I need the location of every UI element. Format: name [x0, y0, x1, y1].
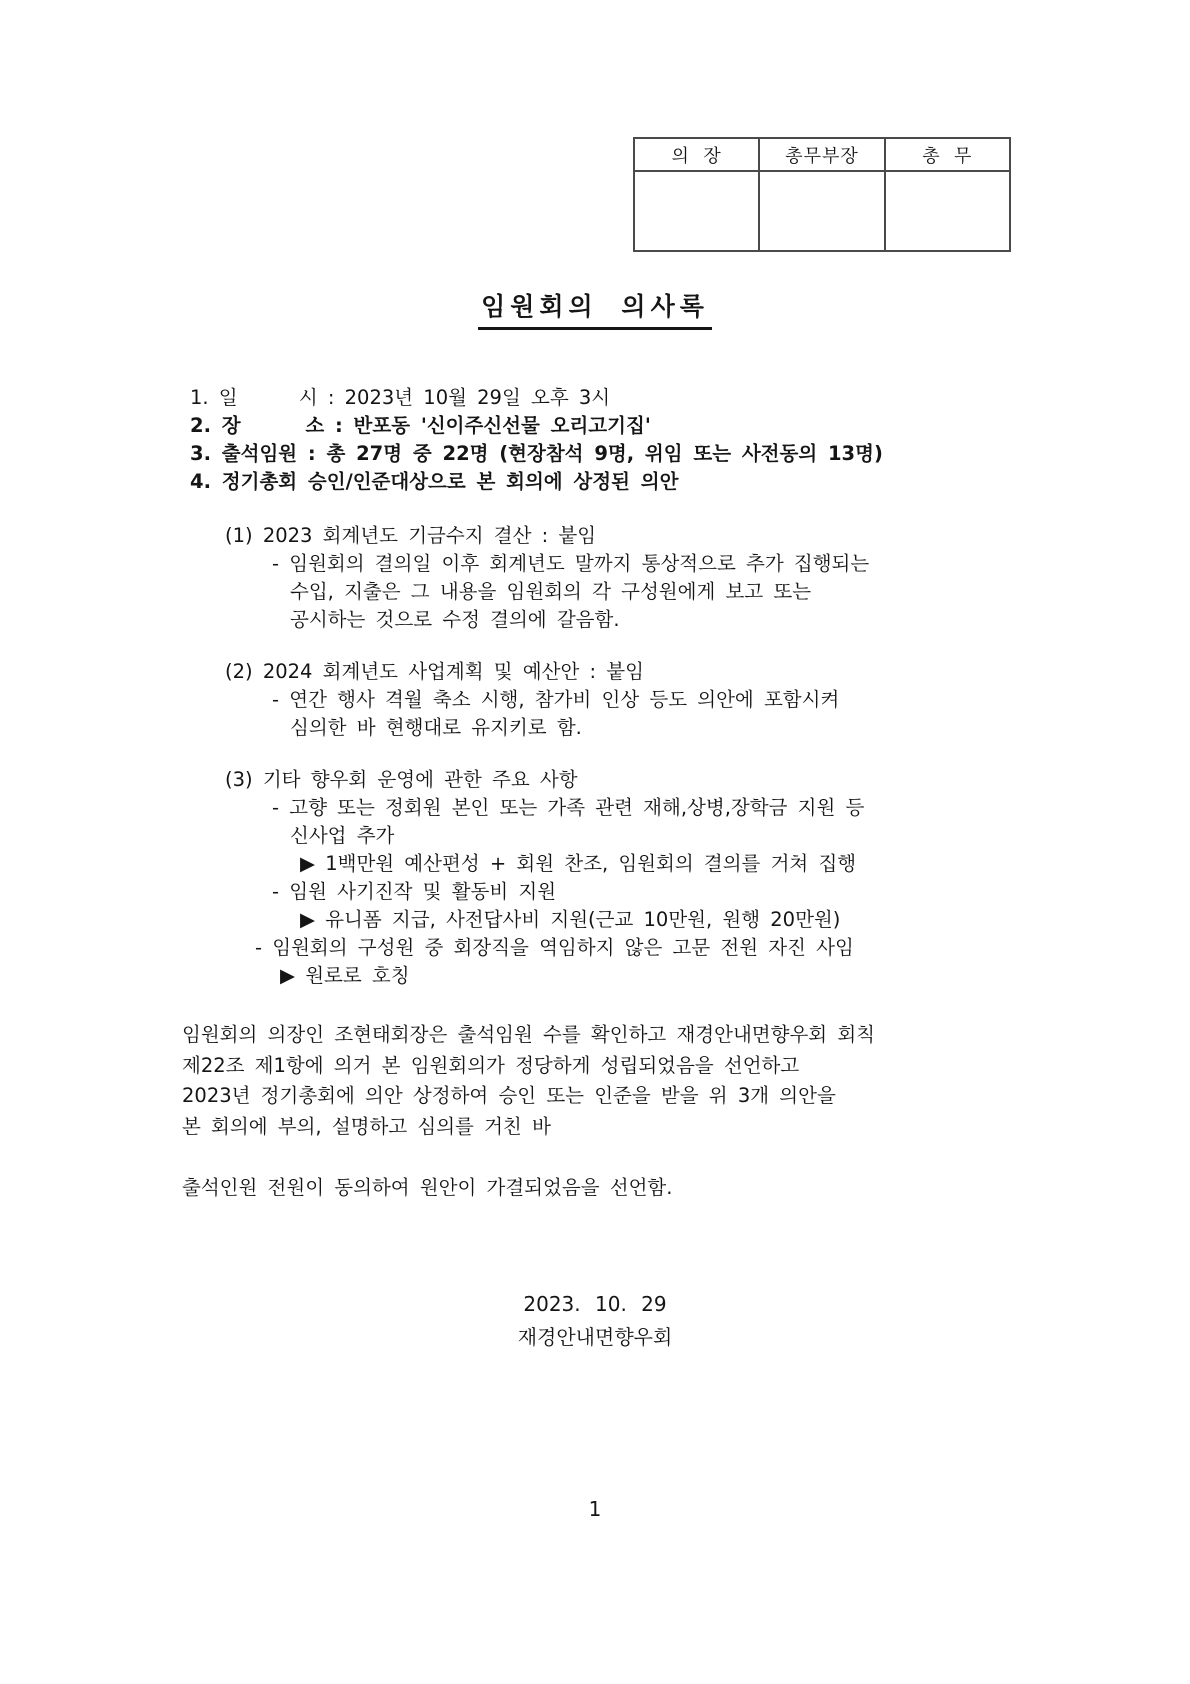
signature-col-general-affairs: 총 무 [885, 138, 1010, 171]
closing-paragraph-line: 2023년 정기총회에 의안 상정하여 승인 또는 인준을 받을 위 3개 의안… [182, 1081, 1040, 1112]
closing-paragraph: 임원회의 의장인 조현태회장은 출석임원 수를 확인하고 재경안내면향우회 회칙… [0, 1020, 1190, 1204]
closing-paragraph-line: 본 회의에 부의, 설명하고 심의를 거친 바 [182, 1112, 1040, 1143]
agenda-section-3: (3) 기타 향우회 운영에 관한 주요 사항 - 고향 또는 정회원 본인 또… [182, 766, 1190, 990]
signature-cell-chairman [634, 171, 759, 251]
signature-body-row [634, 171, 1010, 251]
signature-cell-general-affairs [885, 171, 1010, 251]
agenda-section-1: (1) 2023 회계년도 기금수지 결산 : 붙임 - 임원회의 결의일 이후… [182, 522, 1190, 634]
agenda-3-action-line: ▶ 유니폼 지급, 사전답사비 지원(근교 10만원, 원행 20만원) [182, 906, 1190, 934]
closing-paragraph-line: 제22조 제1항에 의거 본 임원회의가 정당하게 성립되었음을 선언하고 [182, 1051, 1040, 1082]
signature-cell-general-affairs-head [759, 171, 884, 251]
closing-paragraph-line: 임원회의 의장인 조현태회장은 출석임원 수를 확인하고 재경안내면향우회 회칙 [182, 1020, 1040, 1051]
agenda-3-item-line: - 임원 사기진작 및 활동비 지원 [182, 878, 1190, 906]
document-page: 의 장 총무부장 총 무 임원회의 의사록 1. 일 시 : 2023년 10월… [0, 0, 1190, 1684]
page-number: 1 [0, 1497, 1190, 1521]
signature-col-chairman: 의 장 [634, 138, 759, 171]
agenda-3-item-line: - 고향 또는 정회원 본인 또는 가족 관련 재해,상병,장학금 지원 등 [182, 794, 1190, 822]
resolution-line: 출석인원 전원이 동의하여 원안이 가결되었음을 선언함. [182, 1173, 1040, 1204]
footer-date: 2023. 10. 29 [0, 1288, 1190, 1321]
signature-header-row: 의 장 총무부장 총 무 [634, 138, 1010, 171]
meeting-datetime-line: 1. 일 시 : 2023년 10월 29일 오후 3시 [190, 384, 1190, 412]
agenda-1-heading: (1) 2023 회계년도 기금수지 결산 : 붙임 [182, 522, 1190, 550]
meeting-info-list: 1. 일 시 : 2023년 10월 29일 오후 3시 2. 장 소 : 반포… [0, 384, 1190, 496]
footer-organization: 재경안내면향우회 [0, 1321, 1190, 1354]
signature-table: 의 장 총무부장 총 무 [633, 137, 1011, 252]
title-block: 임원회의 의사록 [0, 0, 1190, 330]
document-footer: 2023. 10. 29 재경안내면향우회 [0, 1288, 1190, 1354]
agenda-1-item-line: - 임원회의 결의일 이후 회계년도 말까지 통상적으로 추가 집행되는 [182, 550, 1190, 578]
agenda-1-item-line: 공시하는 것으로 수정 결의에 갈음함. [182, 606, 1190, 634]
agenda-intro-line: 4. 정기총회 승인/인준대상으로 본 회의에 상정된 의안 [190, 468, 1190, 496]
meeting-location-line: 2. 장 소 : 반포동 '신이주신선물 오리고기집' [190, 412, 1190, 440]
agenda-1-item-line: 수입, 지출은 그 내용을 임원회의 각 구성원에게 보고 또는 [182, 578, 1190, 606]
agenda-3-heading: (3) 기타 향우회 운영에 관한 주요 사항 [182, 766, 1190, 794]
meeting-attendance-line: 3. 출석임원 : 총 27명 중 22명 (현장참석 9명, 위임 또는 사전… [190, 440, 1190, 468]
agenda-3-item-line: - 임원회의 구성원 중 회장직을 역임하지 않은 고문 전원 자진 사임 [182, 934, 1190, 962]
agenda-3-action-line: ▶ 1백만원 예산편성 + 회원 찬조, 임원회의 결의를 거쳐 집행 [182, 850, 1190, 878]
signature-col-general-affairs-head: 총무부장 [759, 138, 884, 171]
agenda-3-item-line: 신사업 추가 [182, 822, 1190, 850]
agenda-section-2: (2) 2024 회계년도 사업계획 및 예산안 : 붙임 - 연간 행사 격월… [182, 658, 1190, 742]
agenda-2-item-line: 심의한 바 현행대로 유지키로 함. [182, 714, 1190, 742]
document-title: 임원회의 의사록 [478, 287, 712, 330]
agenda-2-heading: (2) 2024 회계년도 사업계획 및 예산안 : 붙임 [182, 658, 1190, 686]
agenda-body: (1) 2023 회계년도 기금수지 결산 : 붙임 - 임원회의 결의일 이후… [0, 522, 1190, 990]
agenda-3-action-line: ▶ 원로로 호칭 [182, 962, 1190, 990]
agenda-2-item-line: - 연간 행사 격월 축소 시행, 참가비 인상 등도 의안에 포함시켜 [182, 686, 1190, 714]
